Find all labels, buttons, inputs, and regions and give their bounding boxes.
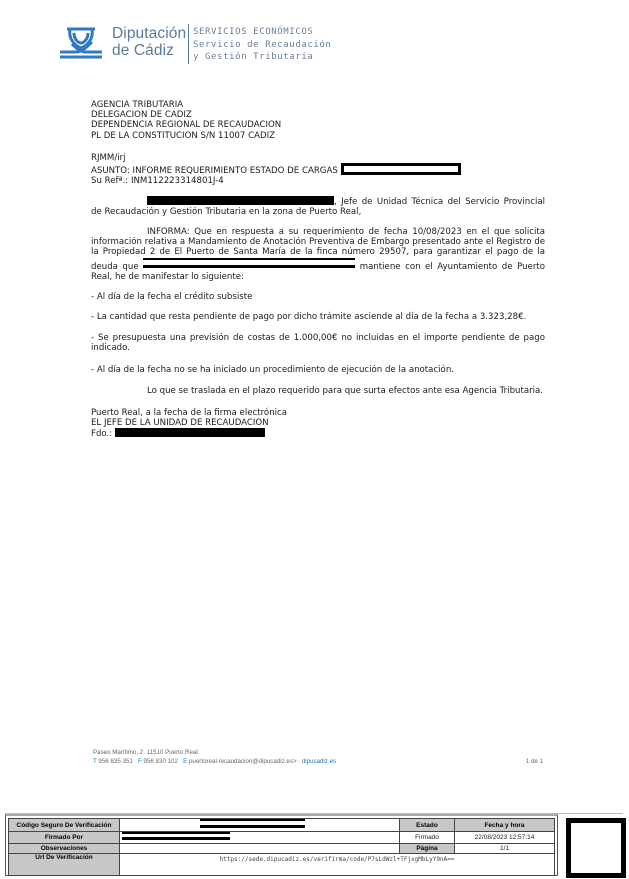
redacted-signed-by [122, 832, 230, 840]
list-item: - Al día de la fecha no se ha iniciado u… [91, 365, 545, 375]
department: SERVICIOS ECONÓMICOS Servicio de Recauda… [193, 26, 331, 64]
verification-table: Código Seguro De Verificación Estado Fec… [8, 818, 555, 876]
your-reference: Su Refª.: INM112223314801J-4 [91, 176, 545, 186]
list-item: - Se presupuesta una previsión de costas… [91, 333, 545, 353]
fax-label: F [138, 758, 142, 765]
page-value: 1/1 [455, 844, 555, 854]
verification-panel: Código Seguro De Verificación Estado Fec… [5, 814, 558, 876]
header-page: Página [400, 844, 455, 854]
header-datetime: Fecha y hora [455, 819, 555, 832]
subject: ASUNTO: INFORME REQUERIMIENTO ESTADO DE … [91, 166, 338, 176]
place-date: Puerto Real, a la fecha de la firma elec… [91, 408, 545, 418]
datetime-value: 22/08/2023 12:57:14 [455, 832, 555, 844]
footer-contact: T 956 835 351 F 956 830 102 E puertoreal… [93, 758, 543, 767]
phone: 956 835 351 [98, 758, 132, 765]
redacted-code [200, 819, 305, 828]
list-item: - Al día de la fecha el crédito subsiste [91, 292, 545, 302]
informa-paragraph: INFORMA: Que en respuesta a su requerimi… [91, 227, 545, 282]
recipient-line: DEPENDENCIA REGIONAL DE RECAUDACION [91, 120, 545, 130]
website-link[interactable]: dipucadiz.es [302, 758, 336, 765]
status-value: Firmado [400, 832, 455, 844]
intro-paragraph: , Jefe de Unidad Técnica del Servicio Pr… [91, 196, 545, 217]
reference-block: RJMM/irj ASUNTO: INFORME REQUERIMIENTO E… [91, 153, 545, 187]
letterhead: Diputación de Cádiz SERVICIOS ECONÓMICOS… [58, 24, 348, 64]
header-status: Estado [400, 819, 455, 832]
observations-value [120, 844, 400, 854]
phone-label: T [93, 758, 97, 765]
dept-line3: y Gestión Tributaria [193, 51, 331, 64]
page-number: 1 de 1 [526, 758, 543, 767]
redacted-subject-id [341, 163, 461, 175]
verification-url[interactable]: https://sede.dipucadiz.es/verifirma/code… [120, 854, 555, 876]
recipient-line: AGENCIA TRIBUTARIA [91, 100, 545, 110]
reference-initials: RJMM/irj [91, 153, 545, 163]
signature-block: Puerto Real, a la fecha de la firma elec… [91, 408, 545, 440]
recipient-line: PL DE LA CONSTITUCION S/N 11007 CADIZ [91, 131, 545, 141]
recipient-line: DELEGACION DE CADIZ [91, 110, 545, 120]
signed-by-value [120, 832, 400, 844]
redacted-signer [115, 428, 265, 437]
logo-divider [188, 24, 189, 64]
code-value [120, 819, 400, 832]
recipient-address: AGENCIA TRIBUTARIA DELEGACION DE CADIZ D… [91, 100, 545, 141]
label-url: Url De Verificación [9, 854, 120, 876]
org-name-line2: de Cádiz [112, 42, 186, 59]
email-link[interactable]: puertoreal.recaudacion@dipucadiz.es> [189, 758, 297, 765]
page-footer: Paseo Marítimo, 2. 11510 Puerto Real. T … [93, 749, 543, 766]
qr-code-placeholder [566, 818, 626, 878]
fax: 956 830 102 [144, 758, 178, 765]
email-label: E [183, 758, 187, 765]
list-item: - La cantidad que resta pendiente de pag… [91, 312, 545, 322]
label-code: Código Seguro De Verificación [9, 819, 120, 832]
footer-address: Paseo Marítimo, 2. 11510 Puerto Real. [93, 749, 543, 758]
org-name-line1: Diputación [112, 25, 186, 42]
closing-sentence: Lo que se traslada en el plazo requerido… [91, 386, 545, 396]
signer-title: EL JEFE DE LA UNIDAD DE RECAUDACION [91, 418, 545, 428]
subject-line: ASUNTO: INFORME REQUERIMIENTO ESTADO DE … [91, 163, 545, 176]
label-observations: Observaciones [9, 844, 120, 854]
signed-label: Fdo.: [91, 429, 112, 439]
signed-by: Fdo.: [91, 428, 545, 439]
diputacion-cadiz-logo-icon [58, 26, 104, 60]
dept-line2: Servicio de Recaudación [193, 39, 331, 52]
label-signed-by: Firmado Por [9, 832, 120, 844]
redacted-name [147, 196, 334, 205]
redacted-debtor [143, 258, 355, 268]
org-name: Diputación de Cádiz [112, 25, 186, 59]
dept-line1: SERVICIOS ECONÓMICOS [193, 26, 331, 39]
